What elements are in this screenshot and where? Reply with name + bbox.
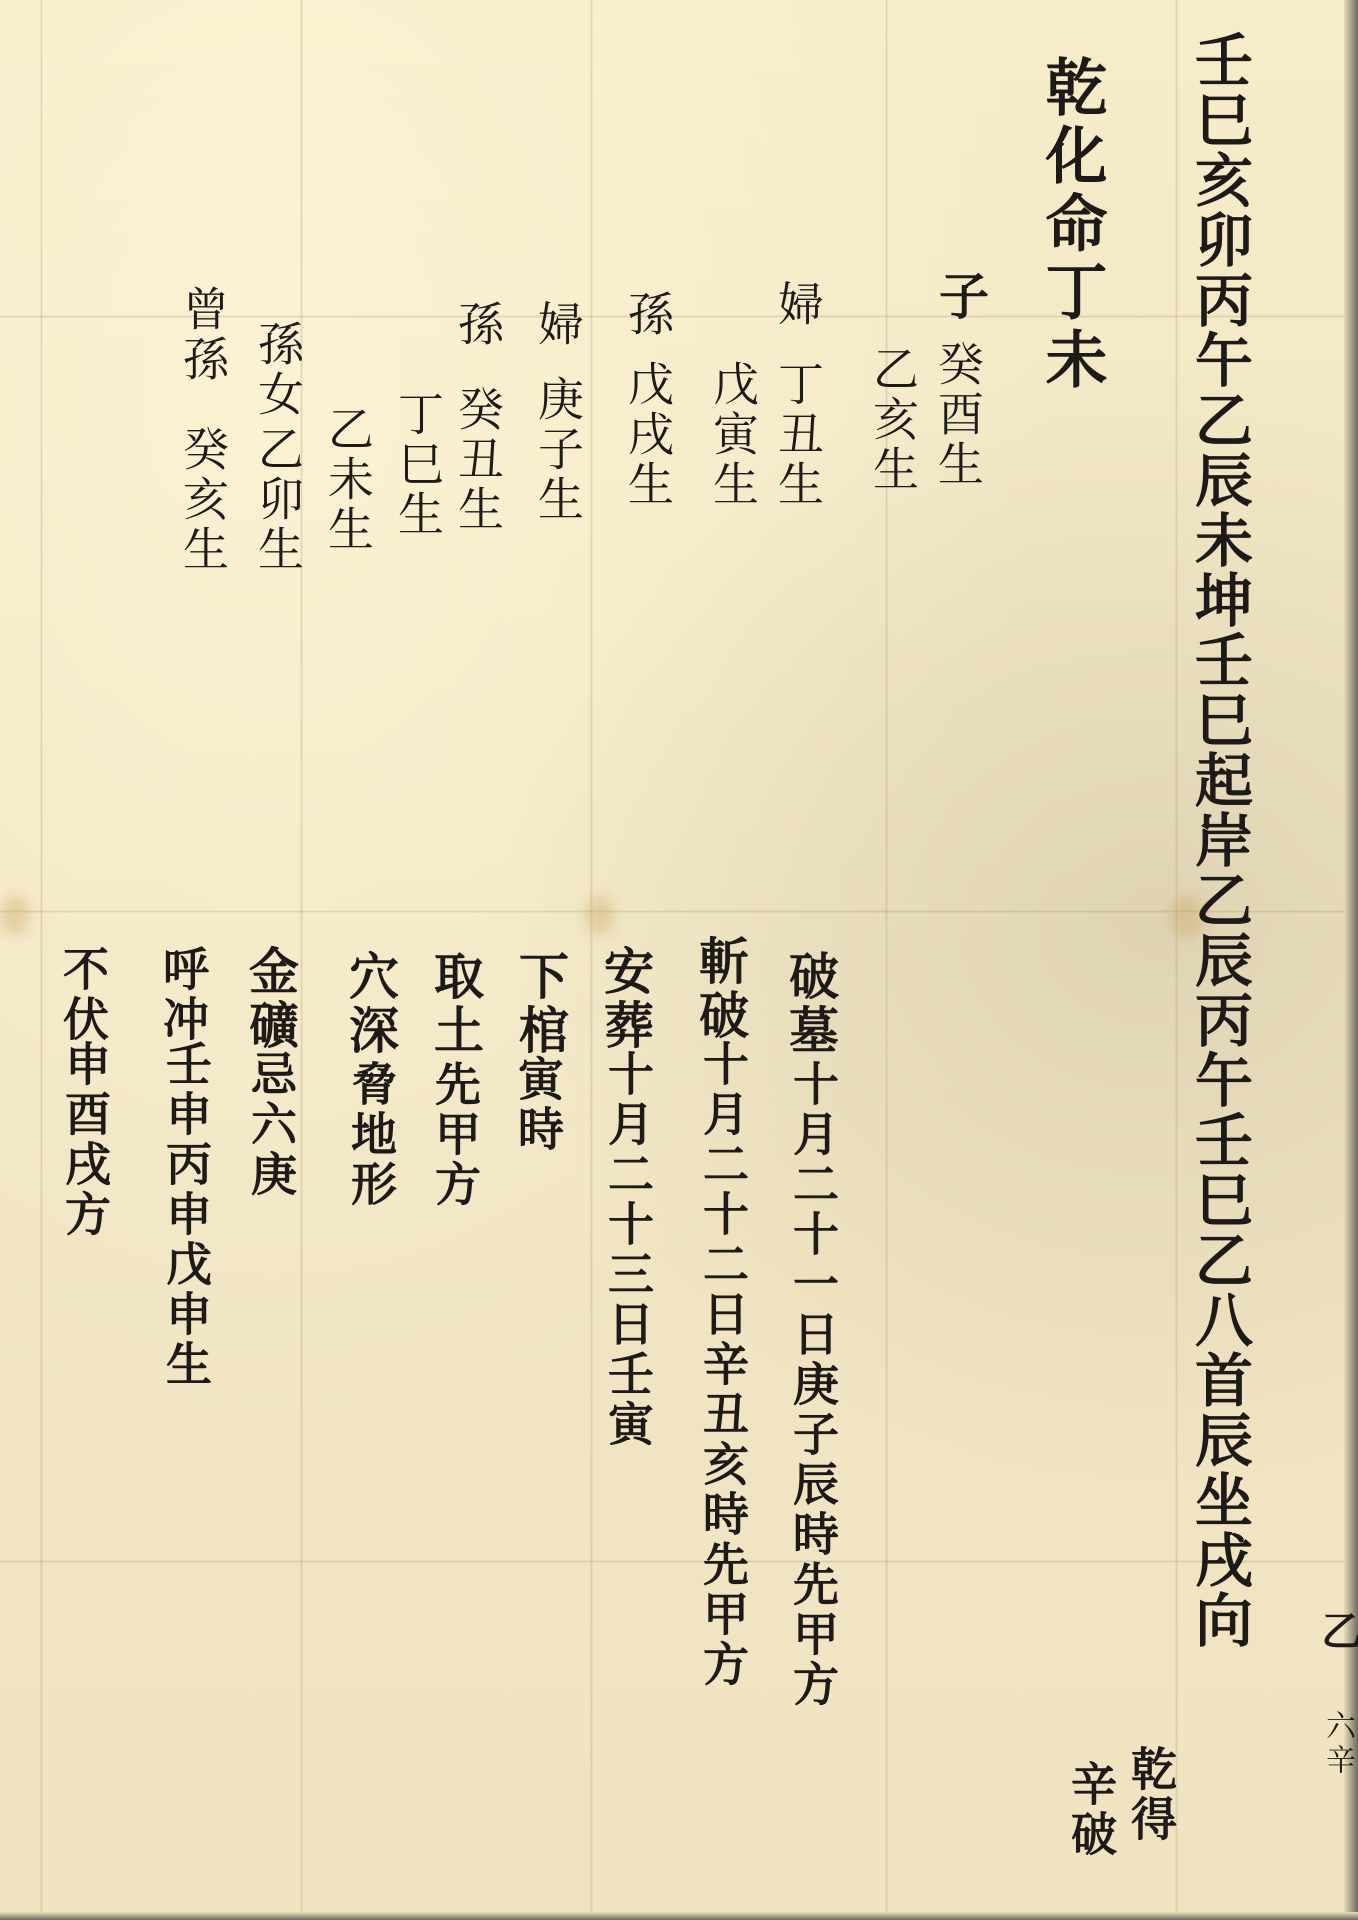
relation-label: 孫 [625,290,671,340]
birth-entry: 乙未生 [325,405,371,555]
schedule-text: 十月二十三日壬寅 [605,1050,651,1450]
stain [585,895,615,935]
margin-note-bottom: 六辛 [1322,1710,1352,1778]
birth-entry: 乙亥生 [870,345,916,495]
margin-note-top: 乙 [1318,1610,1358,1654]
relation-label: 婦 [535,300,581,350]
fold-line [1175,0,1178,1920]
schedule-text: 壬申丙申戊申生 [163,1040,209,1390]
relation-label: 孫女 [255,320,301,420]
paper-edge [0,1912,1358,1920]
fold-line [40,0,43,1920]
stain [0,895,30,935]
birth-entry: 丁巳生 [395,390,441,540]
signature-col-1: 乾得 [1128,1745,1174,1845]
fold-line [300,0,303,1920]
schedule-label: 破墓 [785,950,835,1058]
schedule-label: 取土 [430,950,480,1058]
schedule-label: 不伏 [60,945,106,1045]
schedule-text: 寅時 [515,1055,561,1155]
relation-label: 孫 [455,300,501,350]
schedule-label: 安葬 [600,945,650,1053]
birth-entry: 乙卯生 [255,425,301,575]
birth-entry: 丁丑生 [775,360,821,510]
birth-entry: 癸丑生 [455,385,501,535]
birth-entry: 癸亥生 [180,425,226,575]
relation-label: 子 [935,270,985,324]
fold-line [0,1560,1358,1563]
header-column: 壬巳亥卯丙午乙辰未坤壬巳起岸乙辰丙午壬巳乙八首辰坐戌向 [1190,30,1248,1910]
fold-line [590,0,593,1920]
schedule-label: 穴深 [345,950,395,1058]
schedule-text: 申酉戌方 [62,1040,108,1240]
schedule-text: 先甲方 [432,1060,478,1210]
schedule-text: 脅地形 [348,1060,394,1210]
schedule-text: 十月二十一日庚子辰時先甲方 [790,1060,836,1710]
birth-entry: 戊寅生 [710,360,756,510]
birth-entry: 癸酉生 [935,340,981,490]
birth-entry: 戊戌生 [625,360,671,510]
schedule-label: 斬破 [695,935,745,1043]
fold-line [885,0,888,1920]
schedule-label: 金礦 [245,945,295,1053]
schedule-text: 十月二十二日辛丑亥時先甲方 [700,1040,746,1690]
schedule-label: 下棺 [515,950,565,1058]
fold-line [0,910,1358,913]
birth-entry: 庚子生 [535,375,581,525]
schedule-text: 忌六庚 [248,1050,294,1200]
document-page: 壬巳亥卯丙午乙辰未坤壬巳起岸乙辰丙午壬巳乙八首辰坐戌向 乙 六辛 乾化命丁未 子… [0,0,1358,1920]
signature-col-2: 辛破 [1068,1760,1114,1860]
relation-label: 婦 [775,280,821,330]
relation-label: 曾孫 [180,285,226,385]
deceased-line: 乾化命丁未 [1040,55,1102,395]
schedule-label: 呼冲 [160,945,206,1045]
